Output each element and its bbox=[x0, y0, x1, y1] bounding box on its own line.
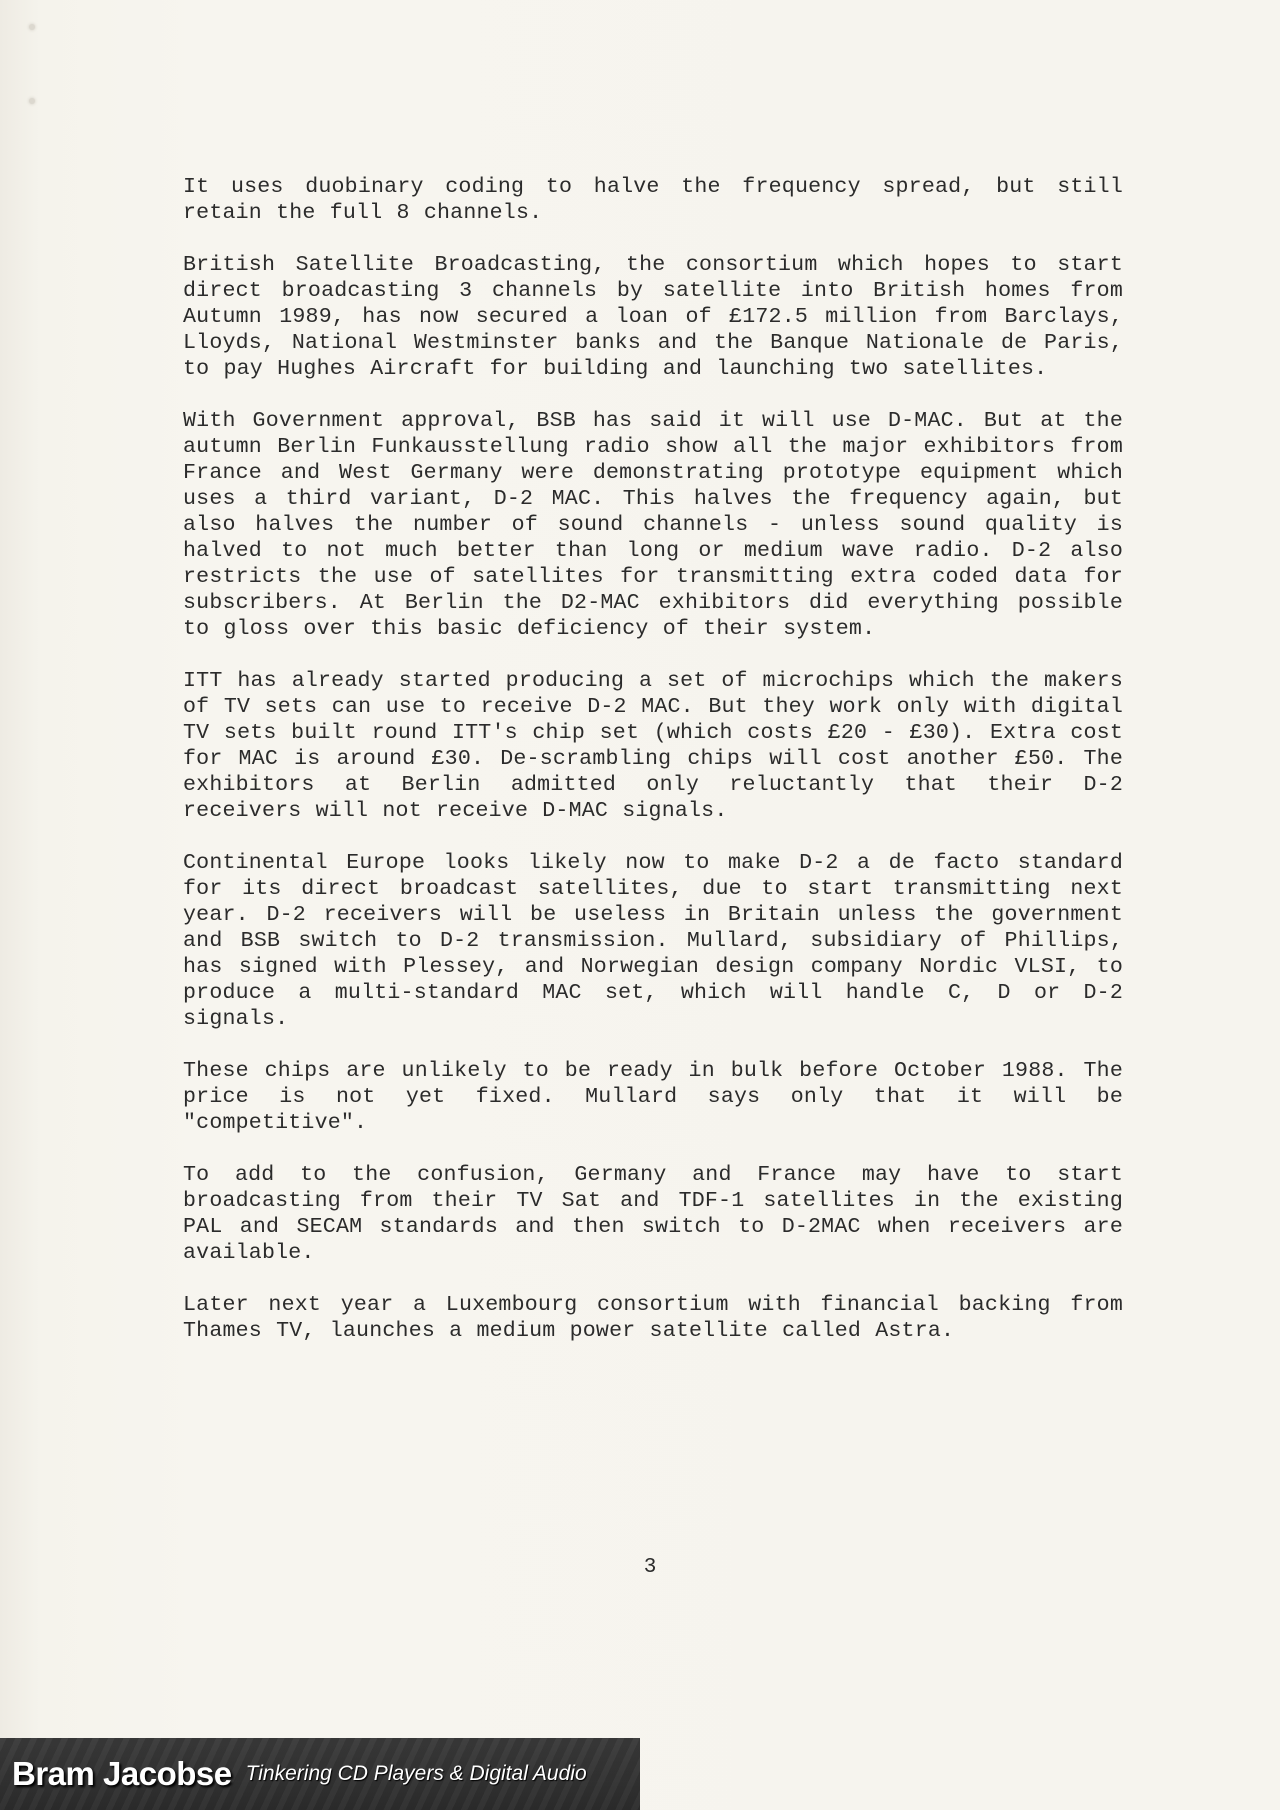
banner-author-name: Bram Jacobse bbox=[12, 1755, 232, 1793]
paragraph-continental-europe: Continental Europe looks likely now to m… bbox=[183, 850, 1123, 1032]
paragraph-astra: Later next year a Luxembourg consortium … bbox=[183, 1292, 1123, 1344]
paragraph-dmac-berlin: With Government approval, BSB has said i… bbox=[183, 408, 1123, 642]
document-body: It uses duobinary coding to halve the fr… bbox=[183, 174, 1123, 1370]
page-number: 3 bbox=[640, 1556, 660, 1579]
paragraph-chips-availability: These chips are unlikely to be ready in … bbox=[183, 1058, 1123, 1136]
scanned-page: It uses duobinary coding to halve the fr… bbox=[0, 0, 1280, 1810]
paragraph-itt-chips: ITT has already started producing a set … bbox=[183, 668, 1123, 824]
footer-banner: Bram Jacobse Tinkering CD Players & Digi… bbox=[0, 1738, 640, 1810]
banner-tagline: Tinkering CD Players & Digital Audio bbox=[246, 1762, 587, 1786]
punch-hole-mark bbox=[29, 24, 35, 30]
paragraph-bsb-loan: British Satellite Broadcasting, the cons… bbox=[183, 252, 1123, 382]
paragraph-germany-france: To add to the confusion, Germany and Fra… bbox=[183, 1162, 1123, 1266]
punch-hole-mark bbox=[29, 98, 35, 104]
paragraph-duobinary: It uses duobinary coding to halve the fr… bbox=[183, 174, 1123, 226]
